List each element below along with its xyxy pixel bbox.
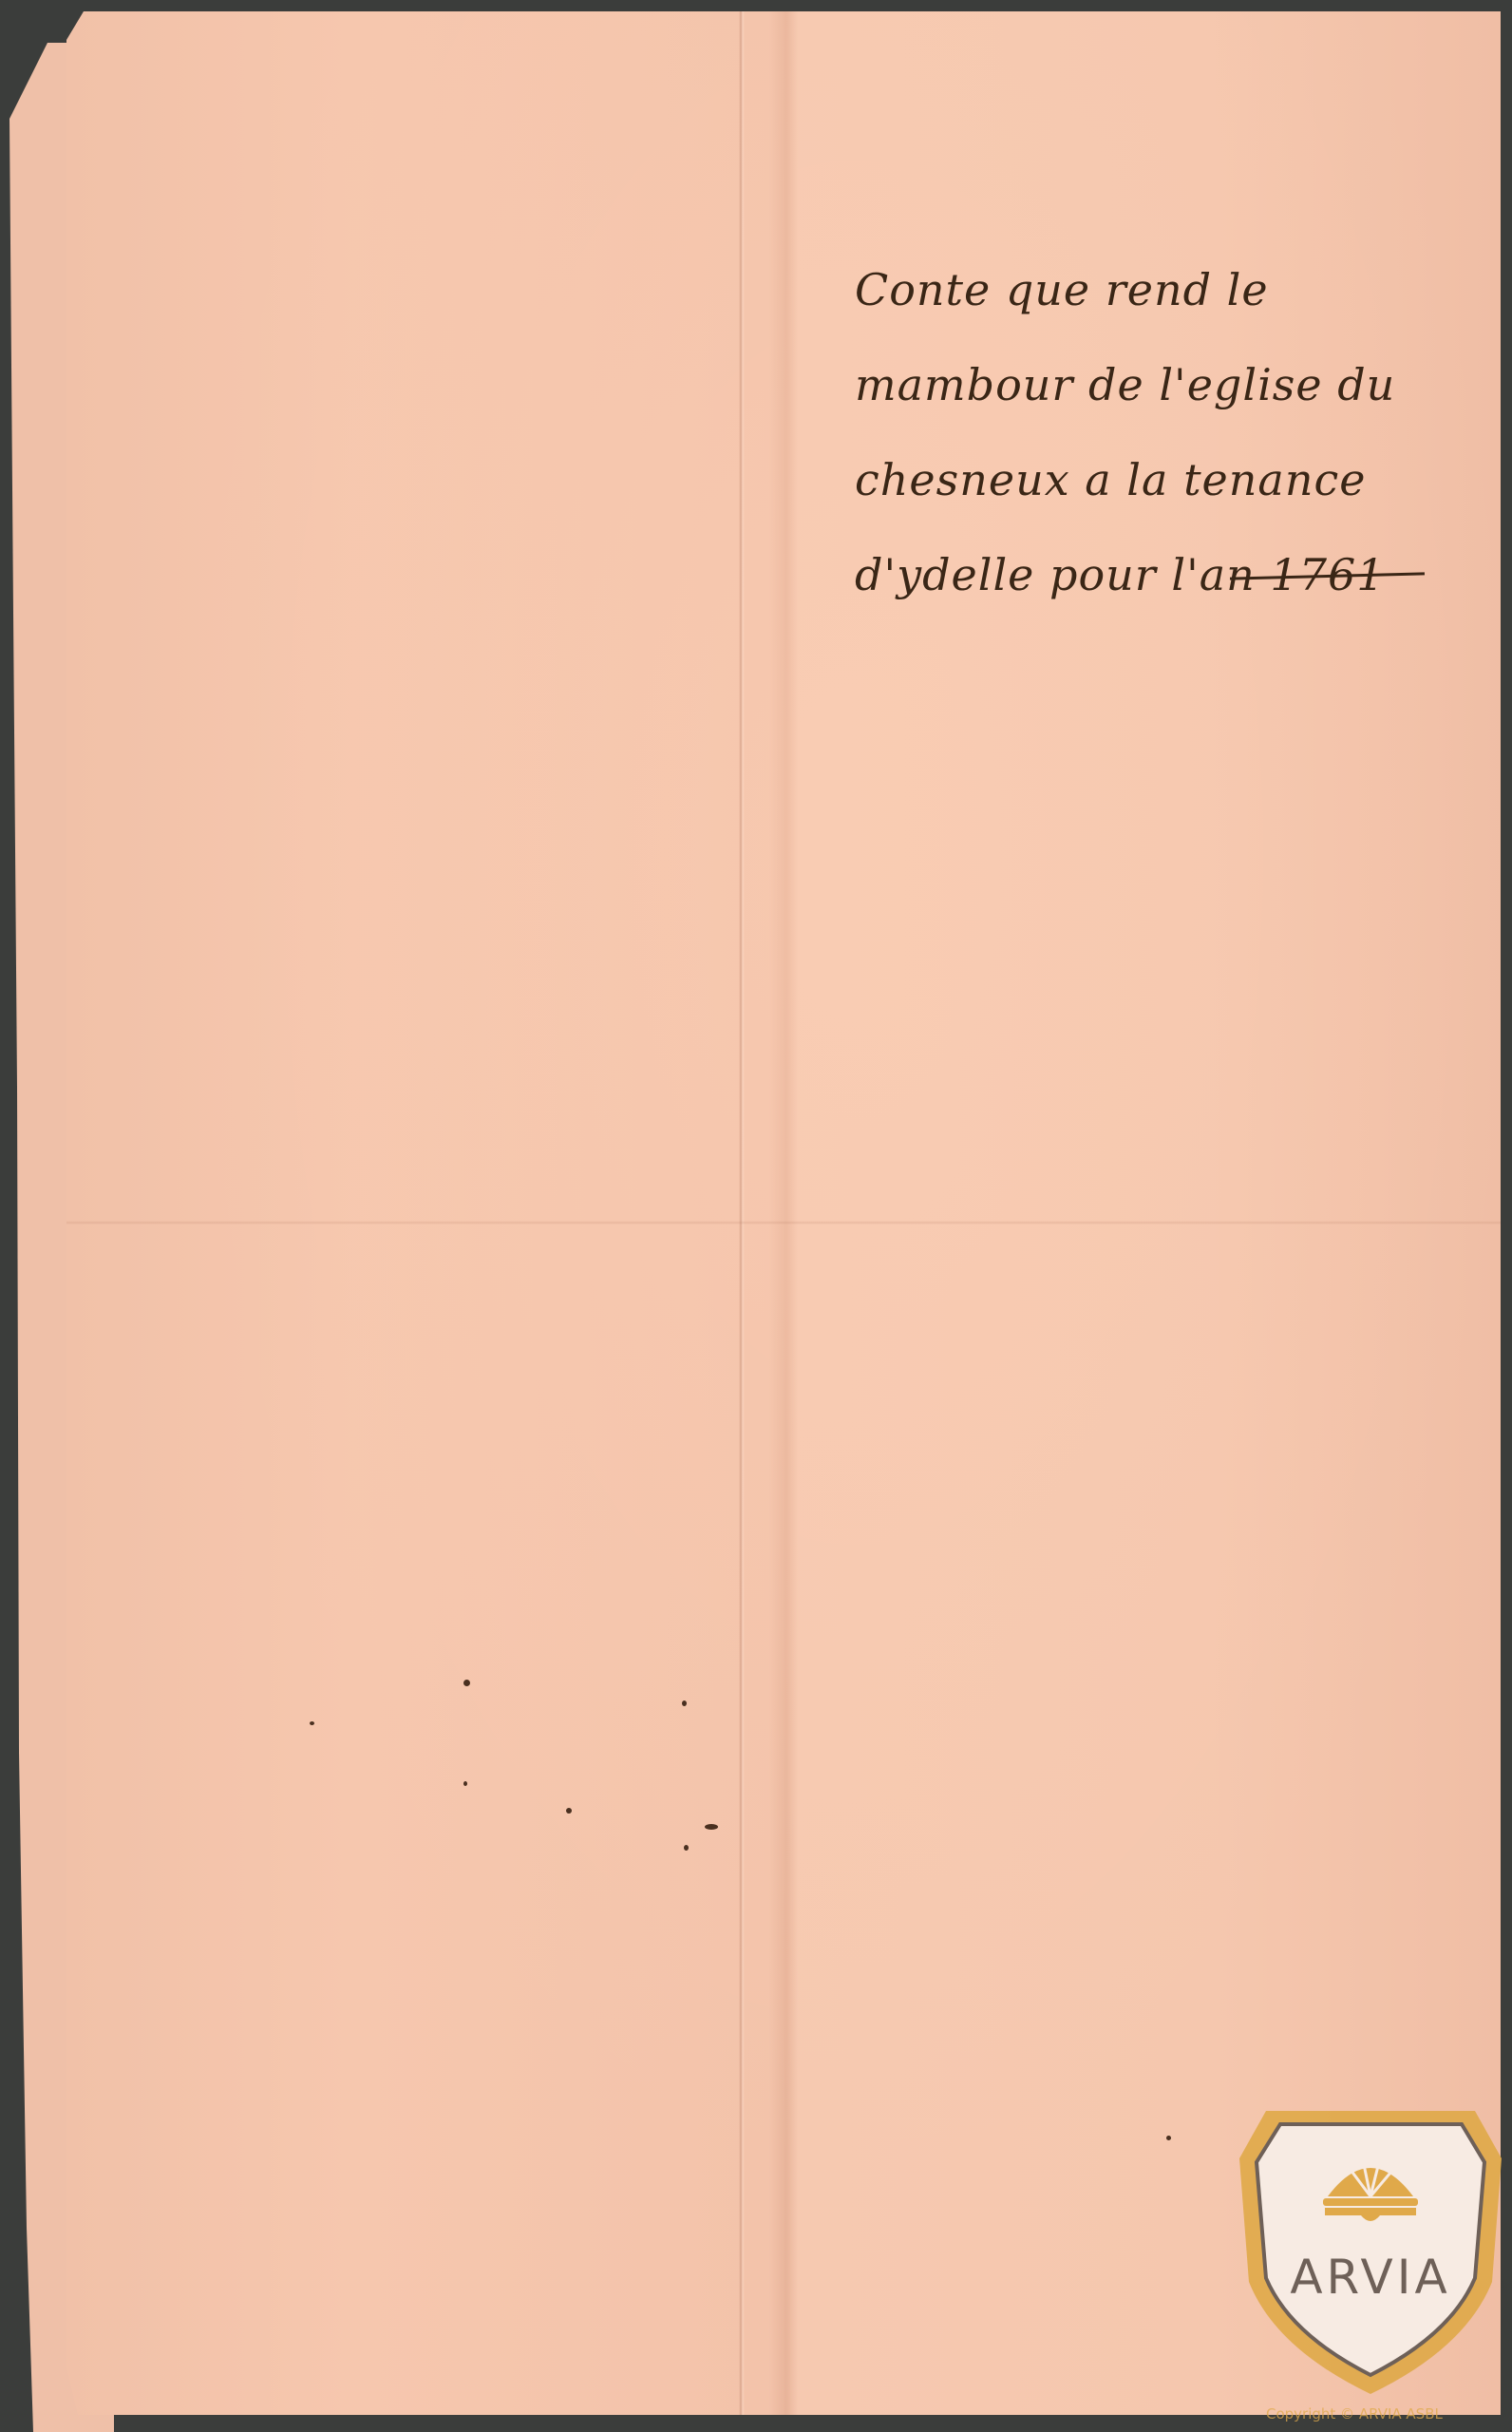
ink-speck	[566, 1808, 572, 1814]
vertical-fold-line	[739, 11, 745, 2415]
shield-icon: ARVIA	[1238, 2092, 1503, 2396]
horizontal-fold-line	[66, 1221, 1501, 1225]
inscription-line-1: Conte que rend le	[855, 242, 1444, 337]
ink-speck	[705, 1824, 718, 1830]
inscription-line-3: chesneux a la tenance	[855, 432, 1444, 527]
arvia-logo: ARVIA	[1238, 2092, 1503, 2396]
ink-speck	[682, 1700, 687, 1706]
ink-speck	[684, 1845, 689, 1851]
inscription-line-2: mambour de l'eglise du	[855, 337, 1444, 432]
ink-speck	[310, 1721, 314, 1725]
copyright-notice: Copyright © ARVIA ASBL	[1266, 2405, 1443, 2422]
ink-speck	[1166, 2136, 1171, 2140]
handwritten-inscription: Conte que rend le mambour de l'eglise du…	[855, 242, 1444, 622]
ink-speck	[463, 1781, 467, 1786]
ink-speck	[463, 1680, 470, 1686]
logo-text: ARVIA	[1290, 2250, 1450, 2305]
